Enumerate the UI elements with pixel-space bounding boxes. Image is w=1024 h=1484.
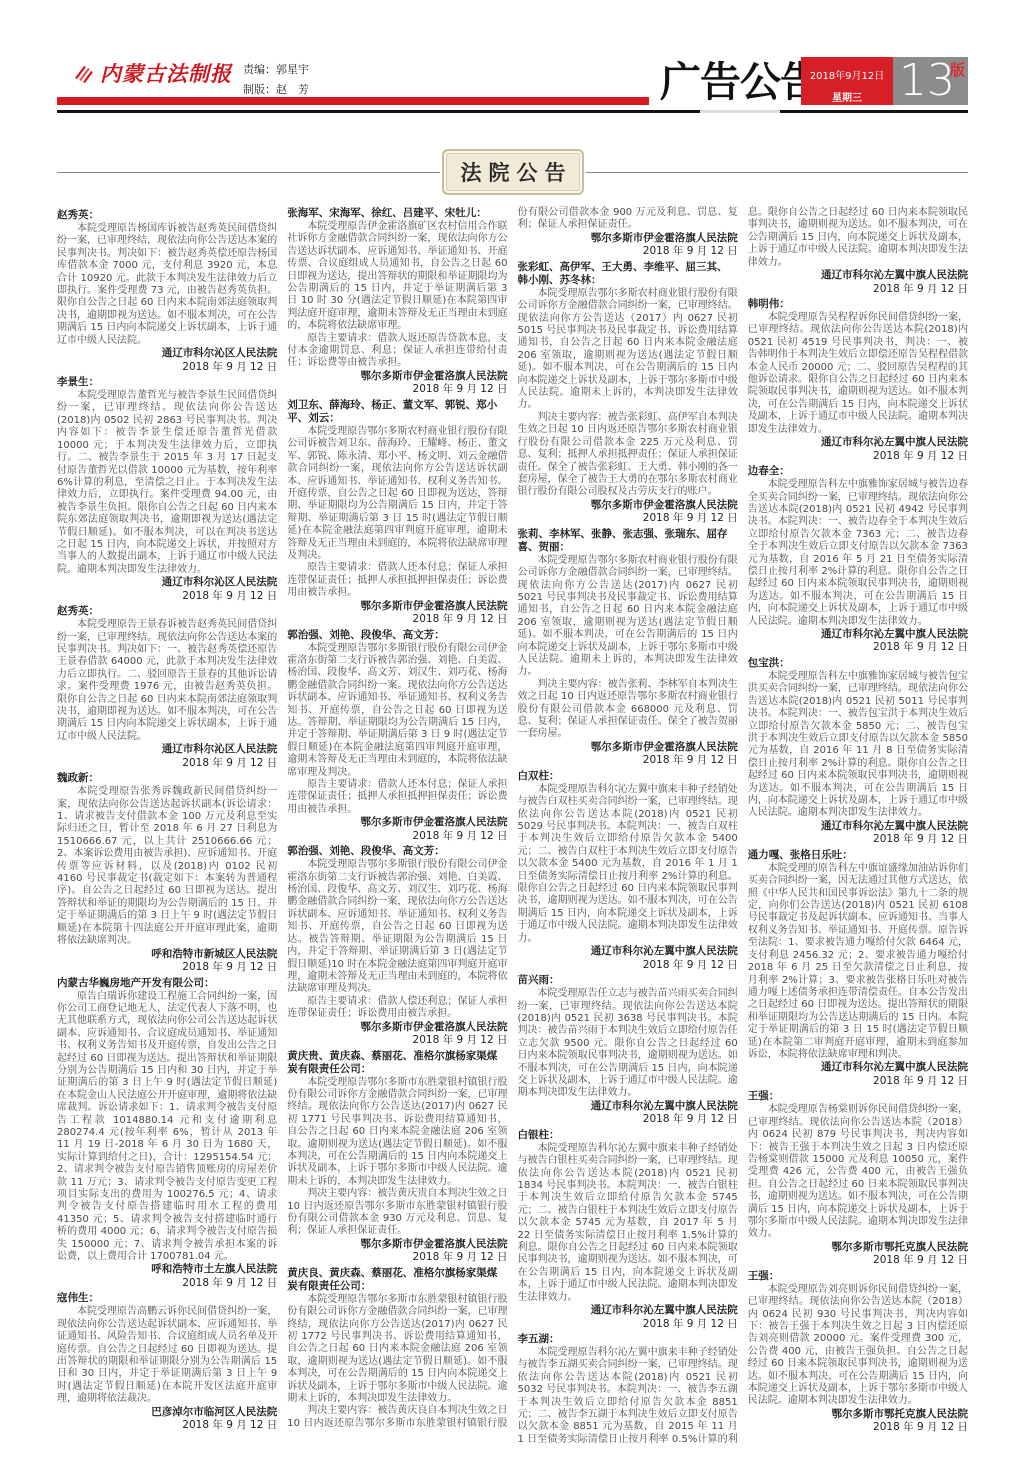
banner-line-right [586, 172, 968, 173]
notice-body: 本院受理原告科左中旗雅饰家居城与被告包宝洪买卖合同纠纷一案，已审理终结。现依法向… [748, 671, 968, 820]
notice-body: 本院受理原告鄂尔多斯银行股份有限公司伊金霍洛东街第二支行诉被告郭治强、刘艳、白美… [287, 643, 507, 779]
section-banner: 法院公告 [442, 149, 584, 195]
notice-body: 原告主要请求：借款人还本付息；保证人承担连带保证责任；抵押人承担抵押担保责任；诉… [287, 779, 507, 816]
notice: 王强： 本院受理原告刘亮则诉你民间借贷纠纷一案，已审理终结。现依法向你公告送达本… [748, 1270, 968, 1435]
notice: 李景生： 本院受理原告董哲光与被告李景生民间借贷纠纷一案，已审理终结。现依法向你… [57, 376, 277, 603]
notice-body: 本院受理原告任立志与被告苗兴雨买卖合同纠纷一案，已审理终结。现依法向你公告送达本… [518, 988, 738, 1100]
notice-body: 本院受理原告吴程程诉你民间借贷纠纷一案，已审理终结。现依法向你公告送达本院(20… [748, 312, 968, 436]
notice: 通力嘎、张格日乐吐： 本院受理的原告科左中旗谊盛缘加油站诉你们买卖合同纠纷一案，… [748, 849, 968, 1089]
notice-signature: 鄂尔多斯市伊金霍洛旗人民法院 2018 年 9 月 12 日 [518, 232, 738, 259]
swirl-logo-icon [72, 62, 94, 84]
notice: 郭治强、刘艳、段俊华、高文芳： 本院受理原告鄂尔多斯银行股份有限公司伊金霍洛东街… [287, 629, 507, 844]
masthead-rule [57, 110, 968, 113]
notice-body: 本院受理原告鄂尔多斯市东胜蒙银村镇银行股份有限公司诉你方金融借款合同纠纷一案，已… [287, 1294, 507, 1406]
notice-body: 本院受理原告鄂尔多斯市东胜蒙银村镇银行股份有限公司诉你方金融借款合同纠纷一案，已… [287, 1077, 507, 1189]
notice-body: 判决主要内容：被告黄庆贵自本判决生效之日 10 日内返还原告鄂尔多斯市东胜蒙银村… [287, 1188, 507, 1238]
notice: 张彩虹、高伊军、王大勇、李维平、屈三其、韩小刚、苏冬林： 本院受理原告鄂尔多斯农… [518, 261, 738, 526]
notice-signature: 通辽市科尔沁区人民法院 2018 年 9 月 12 日 [57, 576, 277, 603]
banner-title: 法院公告 [461, 157, 573, 187]
notice-body: 本院受理原告董哲光与被告李景生民间借贷纠纷一案，已审理终结。现依法向你公告送达(… [57, 390, 277, 576]
notice-date: 2018 年 9 月 12 日 [518, 245, 738, 259]
notice: 赵秀英： 本院受理原告杨国库诉被告赵秀英民间借贷纠纷一案，已审理终结，现依法向你… [57, 209, 277, 374]
notice-signature: 鄂尔多斯市鄂托克旗人民法院 2018 年 9 月 12 日 [748, 1241, 968, 1268]
notice-addressee: 白银柱： [518, 1129, 738, 1142]
court-name: 鄂尔多斯市伊金霍洛旗人民法院 [287, 816, 507, 830]
notice-addressee: 边春全： [748, 465, 968, 478]
notice-addressee: 张彩虹、高伊军、王大勇、李维平、屈三其、韩小刚、苏冬林： [518, 261, 738, 287]
notice-addressee: 李五湖： [518, 1333, 738, 1346]
notice-date: 2018 年 9 月 12 日 [287, 1251, 507, 1265]
notice: 张莉、李林军、张静、张志强、张瑞东、屈存喜、贺丽： 本院受理原告鄂尔多斯农村商业… [518, 528, 738, 768]
court-name: 巴彦淖尔市临河区人民法院 [57, 1406, 277, 1420]
notice-date: 2018 年 9 月 12 日 [748, 1421, 968, 1435]
notice-body: 本院受理原告杨棠则诉你民间借贷纠纷一案，已审理终结。现依法向你公告送达本院（20… [748, 1104, 968, 1240]
court-name: 鄂尔多斯市伊金霍洛旗人民法院 [518, 499, 738, 513]
notice-addressee: 郭治强、刘艳、段俊华、高文芳： [287, 845, 507, 858]
notice-signature: 通辽市科尔沁左翼中旗人民法院 2018 年 9 月 12 日 [748, 820, 968, 847]
notice-body: 本院受理的原告科左中旗谊盛缘加油站诉你们买卖合同纠纷一案，因无法通过其他方式送达… [748, 863, 968, 1062]
notice-addressee: 郭治强、刘艳、段俊华、高文芳： [287, 629, 507, 642]
notice-addressee: 内蒙古华巍房地产开发有限公司： [57, 977, 277, 990]
notice-date: 2018 年 9 月 12 日 [518, 754, 738, 768]
notice-signature: 呼和浩特市新城区人民法院 2018 年 9 月 12 日 [57, 948, 277, 975]
newspaper-logo: 内蒙古法制报 [72, 58, 232, 88]
notice-date: 2018 年 9 月 12 日 [748, 833, 968, 847]
notice: 边春全： 本院受理原告科左中旗雅饰家居城与被告边春全买卖合同纠纷一案，已审理终结… [748, 465, 968, 655]
notice-addressee: 李景生： [57, 376, 277, 389]
notice-addressee: 黄庆贵、黄庆森、蔡丽花、准格尔旗杨家渠煤炭有限责任公司： [287, 1050, 507, 1076]
court-name: 呼和浩特市土左旗人民法院 [57, 1263, 277, 1277]
notice-signature: 通辽市科尔沁左翼中旗人民法院 2018 年 9 月 12 日 [748, 1061, 968, 1088]
notice-addressee: 刘卫东、薛海玲、杨正、董文军、郭锐、郑小平、刘云： [287, 399, 507, 425]
notice-signature: 鄂尔多斯市伊金霍洛旗人民法院 2018 年 9 月 12 日 [287, 1021, 507, 1048]
notice: 白双柱： 本院受理原告科尔沁左翼中旗来丰种子经销处与被告白双柱买卖合同纠纷一案，… [518, 770, 738, 972]
notice-date: 2018 年 9 月 12 日 [518, 959, 738, 973]
notice-date: 2018 年 9 月 12 日 [518, 1318, 738, 1332]
court-name: 通辽市科尔沁左翼中旗人民法院 [748, 269, 968, 283]
masthead-red-bar [57, 97, 649, 105]
notice-date: 2018 年 9 月 12 日 [287, 383, 507, 397]
rule-gap [700, 110, 780, 113]
notice-signature: 鄂尔多斯市伊金霍洛旗人民法院 2018 年 9 月 12 日 [287, 816, 507, 843]
notice-signature: 呼和浩特市土左旗人民法院 2018 年 9 月 12 日 [57, 1263, 277, 1290]
notice-date: 2018 年 9 月 12 日 [748, 1075, 968, 1089]
section-title: 广告公告 [660, 57, 820, 107]
notice-date: 2018 年 9 月 12 日 [748, 450, 968, 464]
notice-body: 本院受理原告杨国库诉被告赵秀英民间借贷纠纷一案，已审理终结，现依法向你公告送达本… [57, 223, 277, 347]
notice-body: 本院受理原告王景春诉被告赵秀英民间借贷纠纷一案，已审理终结。现依法向你公告送达本… [57, 619, 277, 743]
court-name: 通辽市科尔沁左翼中旗人民法院 [748, 1061, 968, 1075]
notice-signature: 通辽市科尔沁左翼中旗人民法院 2018 年 9 月 12 日 [748, 269, 968, 296]
notice-body: 本院受理原告科尔沁左翼中旗来丰种子经销处与被告白银柱买卖合同纠纷一案，已审理终结… [518, 1143, 738, 1304]
notice-addressee: 张莉、李林军、张静、张志强、张瑞东、屈存喜、贺丽： [518, 528, 738, 554]
notice-body: 原告主要请求：借款人返还原告贷款本息，支付本金逾期罚息、利息；保证人承担连带给付… [287, 333, 507, 370]
court-name: 通辽市科尔沁左翼中旗人民法院 [748, 820, 968, 834]
court-name: 通辽市科尔沁区人民法院 [57, 576, 277, 590]
notice-date: 2018 年 9 月 12 日 [748, 1254, 968, 1268]
editor-credits: 责编：郭星宇 制版：赵 芳 [243, 60, 309, 100]
court-name: 鄂尔多斯市伊金霍洛旗人民法院 [287, 1238, 507, 1252]
court-name: 通辽市科尔沁左翼中旗人民法院 [748, 628, 968, 642]
issue-date-box: 2018年9月12日 星期三 [801, 57, 893, 105]
banner-line-left [57, 172, 440, 173]
notice-addressee: 赵秀英： [57, 605, 277, 618]
notice: 赵秀英： 本院受理原告王景春诉被告赵秀英民间借贷纠纷一案，已审理终结。现依法向你… [57, 605, 277, 770]
editor-line: 责编：郭星宇 [243, 60, 309, 80]
notice-body: 本院受理原告鄂尔多斯银行股份有限公司伊金霍洛东街第二支行诉被告郭治强、刘艳、白美… [287, 859, 507, 995]
notice-addressee: 包宝洪： [748, 657, 968, 670]
court-name: 通辽市科尔沁左翼中旗人民法院 [518, 1100, 738, 1114]
notice-date: 2018 年 9 月 12 日 [287, 1034, 507, 1048]
court-name: 鄂尔多斯市伊金霍洛旗人民法院 [518, 232, 738, 246]
notice-signature: 鄂尔多斯市伊金霍洛旗人民法院 2018 年 9 月 12 日 [287, 600, 507, 627]
notice-addressee: 王强： [748, 1270, 968, 1283]
notice-addressee: 通力嘎、张格日乐吐： [748, 849, 968, 862]
notice-addressee: 韩明伟： [748, 298, 968, 311]
notice-addressee: 魏政新： [57, 772, 277, 785]
court-name: 鄂尔多斯市伊金霍洛旗人民法院 [287, 600, 507, 614]
court-name: 通辽市科尔沁左翼中旗人民法院 [518, 945, 738, 959]
notice-body: 本院受理原告张秀诉魏政新民间借贷纠纷一案，现依法向你公告送达起诉状副本(诉讼请求… [57, 786, 277, 947]
notice-signature: 通辽市科尔沁左翼中旗人民法院 2018 年 9 月 12 日 [518, 1100, 738, 1127]
notice-body: 原告主要请求：借款人还本付息；保证人承担连带保证责任；抵押人承担抵押担保责任；诉… [287, 562, 507, 599]
notice-body: 本院受理原告伊金霍洛旗矿区农村信用合作联社诉你方金融借款合同纠纷一案，现依法向你… [287, 221, 507, 333]
notice-date: 2018 年 9 月 12 日 [57, 961, 277, 975]
page-number-box: 13 版 [893, 57, 968, 105]
notice: 魏政新： 本院受理原告张秀诉魏政新民间借贷纠纷一案，现依法向你公告送达起诉状副本… [57, 772, 277, 974]
notice: 内蒙古华巍房地产开发有限公司： 原告白瑞诉你建设工程施工合同纠纷一案，因你公司工… [57, 977, 277, 1291]
notice-signature: 鄂尔多斯市鄂托克旗人民法院 2018 年 9 月 12 日 [748, 1408, 968, 1435]
notice-date: 2018 年 9 月 12 日 [518, 512, 738, 526]
court-name: 鄂尔多斯市鄂托克旗人民法院 [748, 1408, 968, 1422]
notice: 郭治强、刘艳、段俊华、高文芳： 本院受理原告鄂尔多斯银行股份有限公司伊金霍洛东街… [287, 845, 507, 1047]
notice-signature: 鄂尔多斯市伊金霍洛旗人民法院 2018 年 9 月 12 日 [518, 499, 738, 526]
notice-body: 本院受理原告鄂尔多斯农村商业银行股份有限公司诉你方金融借款合同纠纷一案，已审理终… [518, 288, 738, 412]
notice-signature: 巴彦淖尔市临河区人民法院 2018 年 9 月 12 日 [57, 1406, 277, 1433]
notice: 白银柱： 本院受理原告科尔沁左翼中旗来丰种子经销处与被告白银柱买卖合同纠纷一案，… [518, 1129, 738, 1331]
notice-body: 本院受理原告高鹏云诉你民间借贷纠纷一案，现依法向你公告送达起诉状副本、应诉通知书… [57, 1306, 277, 1405]
notice-body: 本院受理原告鄂尔多斯农村商业银行股份有限公司诉你方金融借款合同纠纷一案，已审理终… [518, 555, 738, 679]
issue-weekday: 星期三 [801, 89, 893, 104]
notice-date: 2018 年 9 月 12 日 [748, 283, 968, 297]
notice-signature: 通辽市科尔沁左翼中旗人民法院 2018 年 9 月 12 日 [518, 1304, 738, 1331]
notice-addressee: 赵秀英： [57, 209, 277, 222]
notice-date: 2018 年 9 月 12 日 [57, 590, 277, 604]
notice-body: 原告主要请求：借款人偿还利息；保证人承担连带保证责任；诉讼费用由被告承担。 [287, 996, 507, 1021]
notice-addressee: 黄庆良、黄庆森、蔡丽花、准格尔旗杨家渠煤炭有限责任公司： [287, 1267, 507, 1293]
court-name: 鄂尔多斯市鄂托克旗人民法院 [748, 1241, 968, 1255]
court-name: 通辽市科尔沁区人民法院 [57, 743, 277, 757]
court-name: 呼和浩特市新城区人民法院 [57, 948, 277, 962]
notice: 张海军、宋海军、徐红、吕建平、宋牡儿： 本院受理原告伊金霍洛旗矿区农村信用合作联… [287, 207, 507, 397]
notice-addressee: 白双柱： [518, 770, 738, 783]
notice-date: 2018 年 9 月 12 日 [57, 1277, 277, 1291]
notice-body: 判决主要内容：被告张彩虹、高伊军自本判决生效之日起 10 日内返还原告鄂尔多斯农… [518, 412, 738, 499]
notice-columns: 赵秀英： 本院受理原告杨国库诉被告赵秀英民间借贷纠纷一案，已审理终结，现依法向你… [57, 207, 968, 1446]
notice-date: 2018 年 9 月 12 日 [748, 641, 968, 655]
notice-signature: 通辽市科尔沁区人民法院 2018 年 9 月 12 日 [57, 347, 277, 374]
notice-addressee: 王强： [748, 1090, 968, 1103]
notice-signature: 鄂尔多斯市伊金霍洛旗人民法院 2018 年 9 月 12 日 [287, 370, 507, 397]
notice-body: 本院受理原告鄂尔多斯农村商业银行股份有限公司诉被告刘卫东、薛海玲、王耀峰、杨正、… [287, 426, 507, 562]
notice-signature: 鄂尔多斯市伊金霍洛旗人民法院 2018 年 9 月 12 日 [287, 1238, 507, 1265]
issue-date: 2018年9月12日 [801, 67, 893, 82]
notice-date: 2018 年 9 月 12 日 [287, 613, 507, 627]
notice: 韩明伟： 本院受理原告吴程程诉你民间借贷纠纷一案，已审理终结。现依法向你公告送达… [748, 298, 968, 463]
notice-body: 本院受理原告科左中旗雅饰家居城与被告边春全买卖合同纠纷一案，已审理终结。现依法向… [748, 479, 968, 628]
notice: 黄庆贵、黄庆森、蔡丽花、准格尔旗杨家渠煤炭有限责任公司： 本院受理原告鄂尔多斯市… [287, 1050, 507, 1265]
court-name: 通辽市科尔沁区人民法院 [57, 347, 277, 361]
page-number: 13 [899, 55, 955, 107]
court-name: 通辽市科尔沁左翼中旗人民法院 [518, 1304, 738, 1318]
notice-signature: 通辽市科尔沁左翼中旗人民法院 2018 年 9 月 12 日 [748, 436, 968, 463]
notice-date: 2018 年 9 月 12 日 [287, 830, 507, 844]
court-name: 鄂尔多斯市伊金霍洛旗人民法院 [287, 1021, 507, 1035]
notice-signature: 通辽市科尔沁区人民法院 2018 年 9 月 12 日 [57, 743, 277, 770]
notice-signature: 通辽市科尔沁左翼中旗人民法院 2018 年 9 月 12 日 [748, 628, 968, 655]
logo-text: 内蒙古法制报 [100, 58, 232, 88]
notice-body: 本院受理原告科尔沁左翼中旗来丰种子经销处与被告白双柱买卖合同纠纷一案，已审理终结… [518, 784, 738, 945]
notice: 包宝洪： 本院受理原告科左中旗雅饰家居城与被告包宝洪买卖合同纠纷一案，已审理终结… [748, 657, 968, 847]
page-suffix: 版 [950, 59, 965, 80]
court-name: 通辽市科尔沁左翼中旗人民法院 [748, 436, 968, 450]
notice: 刘卫东、薛海玲、杨正、董文军、郭锐、郑小平、刘云： 本院受理原告鄂尔多斯农村商业… [287, 399, 507, 627]
notice-body: 判决主要内容：被告张莉、李林军自本判决生效之日起 10 日内返还原告鄂尔多斯农村… [518, 679, 738, 741]
notice-body: 本院受理原告刘亮则诉你民间借贷纠纷一案，已审理终结。现依法向你公告送达本院（20… [748, 1284, 968, 1408]
notice: 苗兴雨： 本院受理原告任立志与被告苗兴雨买卖合同纠纷一案，已审理终结。现依法向你… [518, 974, 738, 1127]
notice: 寇伟生： 本院受理原告高鹏云诉你民间借贷纠纷一案，现依法向你公告送达起诉状副本、… [57, 1292, 277, 1432]
notice-date: 2018 年 9 月 12 日 [57, 361, 277, 375]
notice-date: 2018 年 9 月 12 日 [518, 1113, 738, 1127]
notice-date: 2018 年 9 月 12 日 [57, 1419, 277, 1433]
court-name: 鄂尔多斯市伊金霍洛旗人民法院 [287, 370, 507, 384]
notice-addressee: 张海军、宋海军、徐红、吕建平、宋牡儿： [287, 207, 507, 220]
notice-date: 2018 年 9 月 12 日 [57, 757, 277, 771]
notice: 王强： 本院受理原告杨棠则诉你民间借贷纠纷一案，已审理终结。现依法向你公告送达本… [748, 1090, 968, 1267]
notice-body: 原告白瑞诉你建设工程施工合同纠纷一案，因你公司工商登记地无人，法定代表人下落不明… [57, 991, 277, 1264]
court-name: 鄂尔多斯市伊金霍洛旗人民法院 [518, 741, 738, 755]
notice-signature: 通辽市科尔沁左翼中旗人民法院 2018 年 9 月 12 日 [518, 945, 738, 972]
notice-addressee: 苗兴雨： [518, 974, 738, 987]
notice-addressee: 寇伟生： [57, 1292, 277, 1305]
notice-signature: 鄂尔多斯市伊金霍洛旗人民法院 2018 年 9 月 12 日 [518, 741, 738, 768]
